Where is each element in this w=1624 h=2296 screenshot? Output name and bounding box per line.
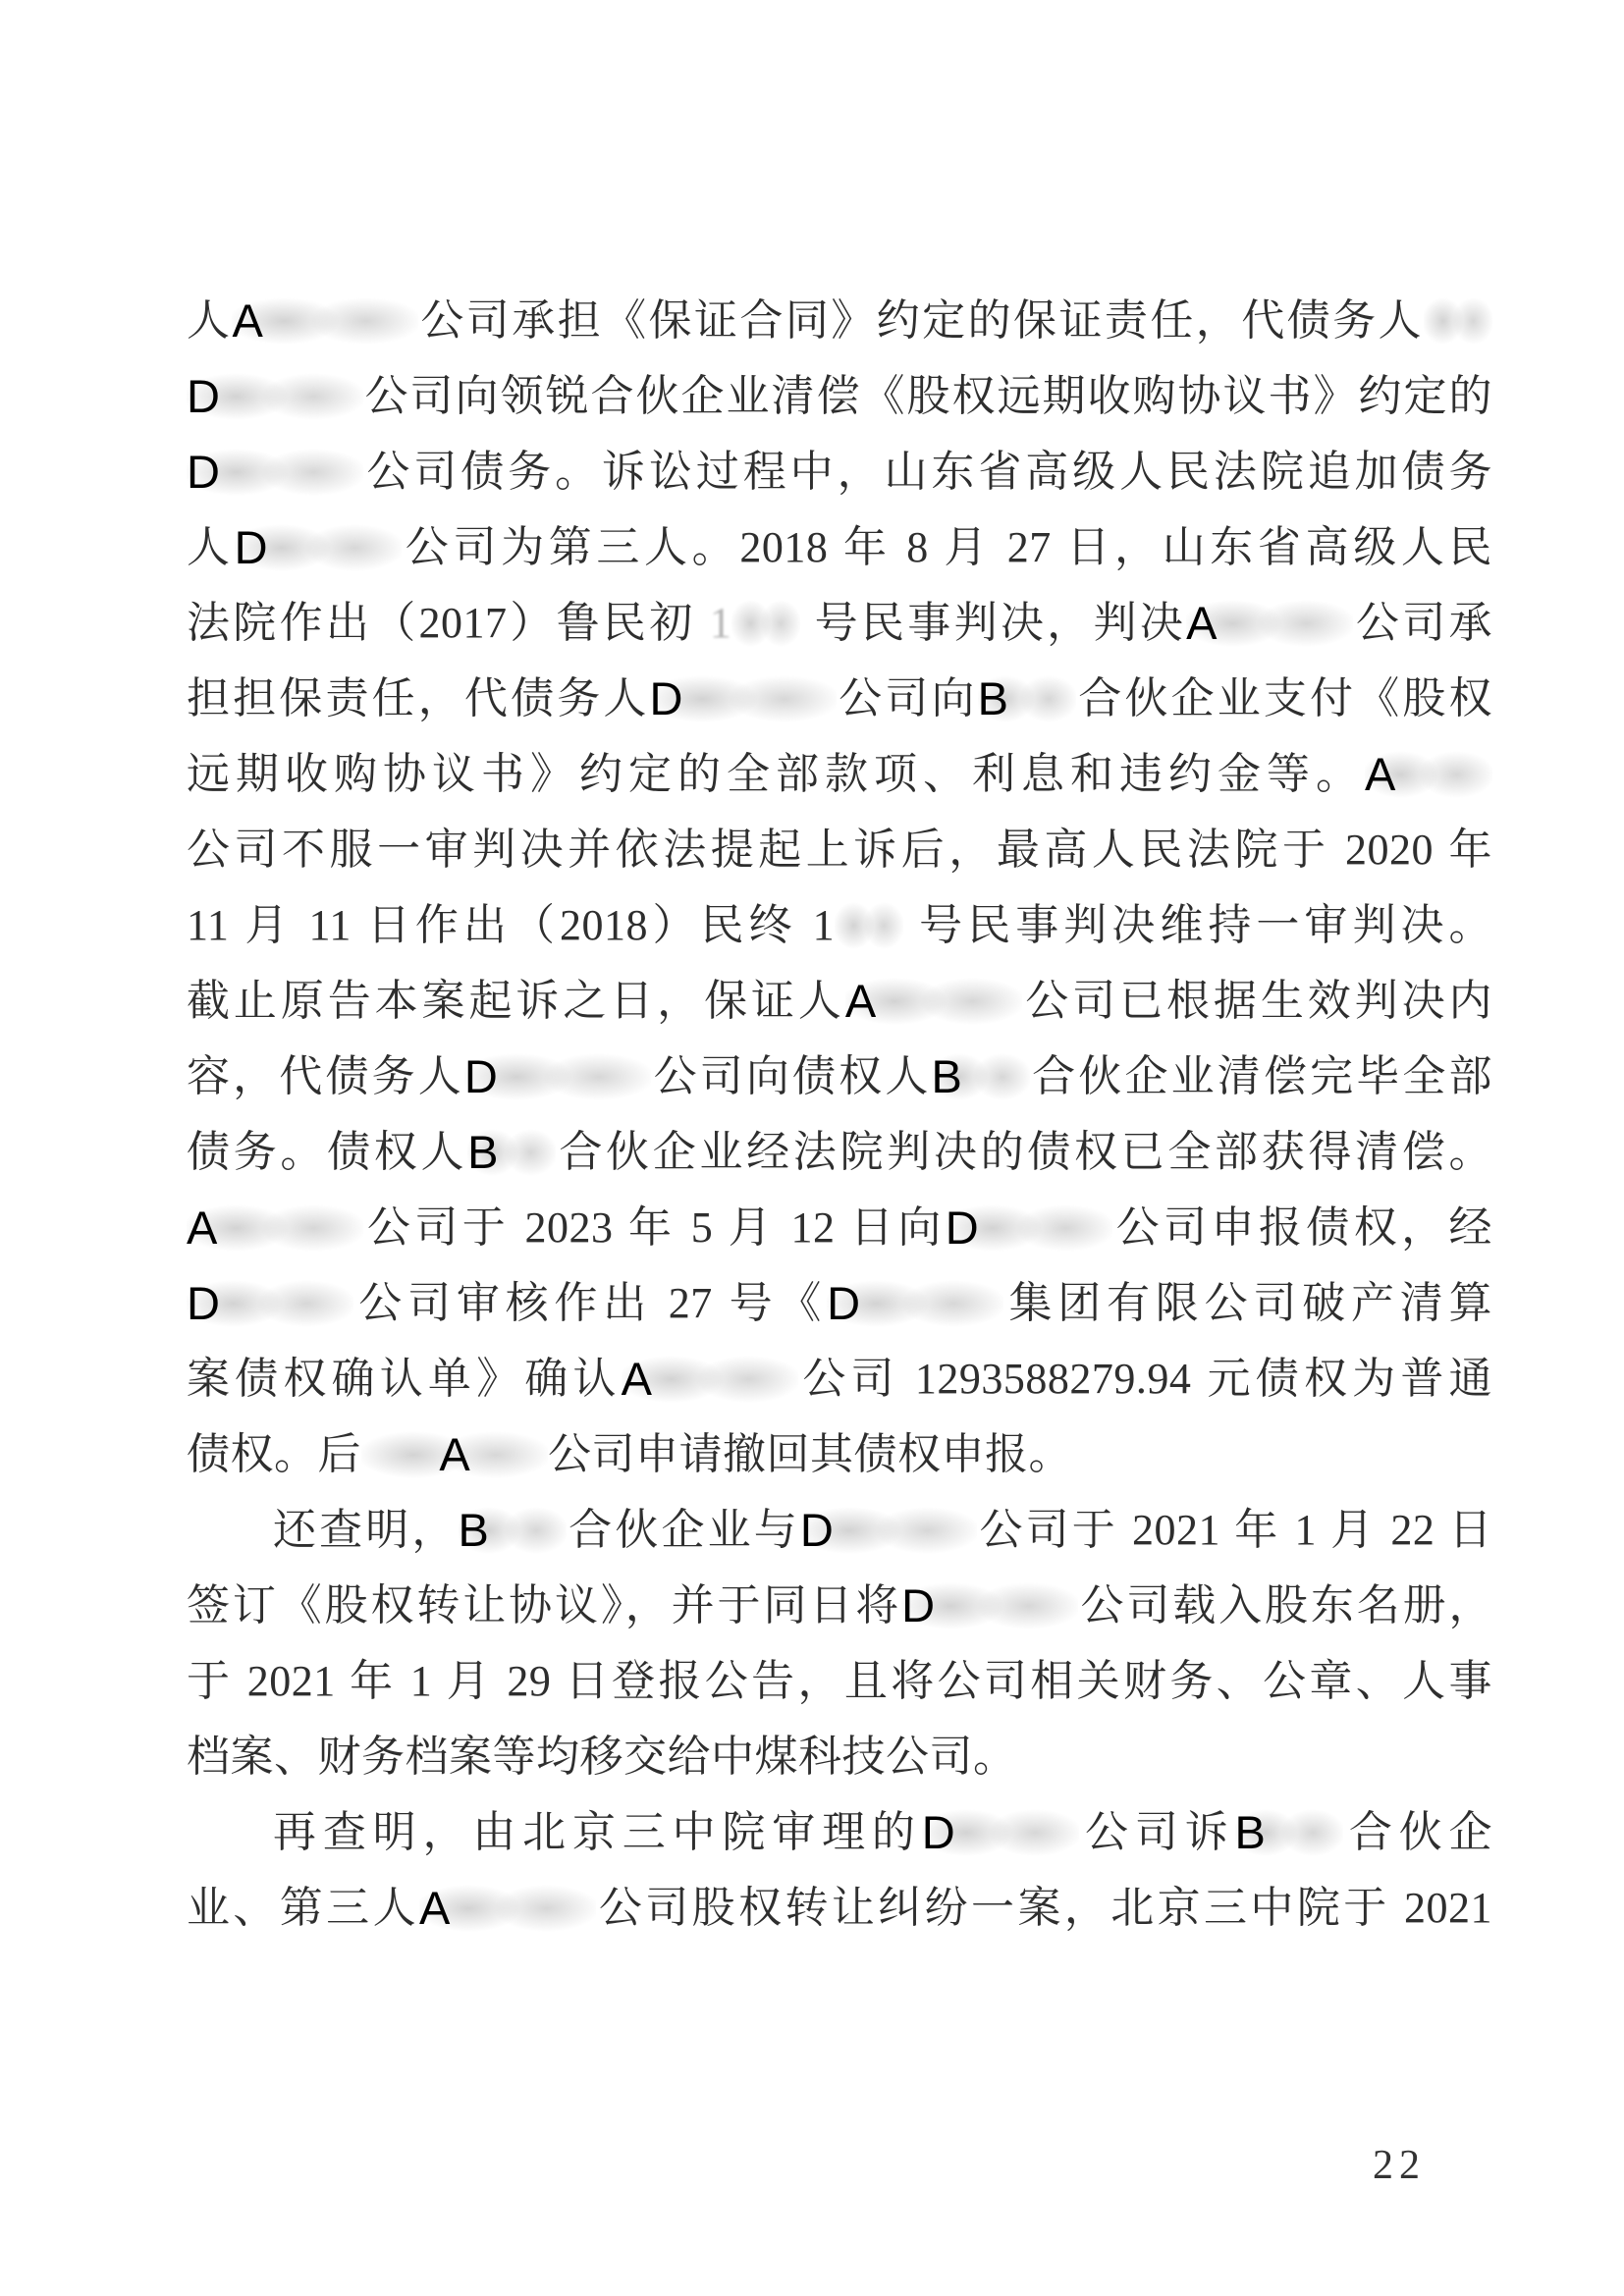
- text-line: 远期收购协议书》约定的全部款项、利息和违约金等。A: [187, 736, 1492, 812]
- text-run: 公司于 2021 年 1 月 22 日: [977, 1506, 1492, 1554]
- text-line: 担担保责任，代债务人D公司向B合伙企业支付《股权: [187, 661, 1492, 736]
- redaction-B: B: [1235, 1801, 1343, 1864]
- redaction-D: D: [922, 1801, 1079, 1864]
- redaction-letter: B: [978, 667, 1076, 730]
- redaction-B: B: [932, 1045, 1030, 1108]
- redaction-A: A: [1365, 743, 1492, 806]
- text-run: 公司债务。诉讼过程中，山东省高级人民法院追加债务: [363, 448, 1492, 496]
- redaction-letter: B: [467, 1121, 556, 1184]
- redaction-blur: [835, 894, 903, 957]
- text-line: 档案、财务档案等均移交给中煤科技公司。: [187, 1719, 1492, 1794]
- text-line: 再查明，由北京三中院审理的D公司诉B合伙企: [187, 1794, 1492, 1870]
- redaction-D: D: [901, 1575, 1078, 1637]
- text-run: 公司股权转让纠纷一案，北京三中院于 2021: [596, 1884, 1492, 1932]
- document-body: 人A公司承担《保证合同》约定的保证责任，代债务人D公司向领锐合伙企业清偿《股权远…: [187, 283, 1492, 1946]
- text-run: 合伙企: [1343, 1808, 1492, 1856]
- text-run: 签订《股权转让协议》，并于同日将: [187, 1581, 901, 1629]
- text-run: 于 2021 年 1 月 29 日登报公告，且将公司相关财务、公章、人事: [187, 1657, 1492, 1705]
- redaction-letter: B: [1235, 1801, 1343, 1864]
- text-run: 合伙企业经法院判决的债权已全部获得清偿。: [556, 1128, 1492, 1176]
- redaction-letter: [731, 592, 800, 655]
- redaction-D: D: [187, 1272, 353, 1335]
- text-line: 于 2021 年 1 月 29 日登报公告，且将公司相关财务、公章、人事: [187, 1643, 1492, 1719]
- text-run: 公司载入股东名册，: [1078, 1581, 1492, 1629]
- text-run: 公司承: [1353, 599, 1492, 647]
- text-line: 债权。后A公司申请撤回其债权申报。: [187, 1416, 1492, 1492]
- text-run: 档案、财务档案等均移交给中煤科技公司。: [187, 1733, 1017, 1781]
- text-run: 担担保责任，代债务人: [187, 674, 650, 722]
- text-line: 人D公司为第三人。2018 年 8 月 27 日，山东省高级人民: [187, 509, 1492, 585]
- redaction-letter: D: [946, 1197, 1112, 1259]
- redaction-letter: D: [187, 1272, 353, 1335]
- text-line: D公司向领锐合伙企业清偿《股权远期收购协议书》约定的: [187, 358, 1492, 434]
- redaction-letter: A: [361, 1423, 548, 1486]
- redaction-letter: D: [800, 1499, 977, 1562]
- redaction-D: D: [187, 365, 363, 428]
- redaction-letter: D: [827, 1272, 1003, 1335]
- text-line: 法院作出（2017）鲁民初 1 号民事判决，判决A公司承: [187, 585, 1492, 661]
- redaction-letter: D: [187, 365, 363, 428]
- text-run: 公司不服一审判决并依法提起上诉后，最高人民法院于 2020 年: [187, 826, 1492, 874]
- text-line: 还查明，B合伙企业与D公司于 2021 年 1 月 22 日: [187, 1492, 1492, 1568]
- text-run: 集团有限公司破产清算: [1003, 1279, 1492, 1327]
- page-number: 22: [1373, 2142, 1426, 2189]
- text-run: 号民事判决维持一审判决。: [903, 901, 1492, 949]
- redaction-letter: A: [1186, 592, 1353, 655]
- redaction-letter: A: [1365, 743, 1492, 806]
- text-run: 人: [187, 523, 235, 571]
- text-run: 案债权确认单》确认: [187, 1355, 622, 1403]
- redaction-D: D: [800, 1499, 977, 1562]
- text-run: 再查明，由北京三中院审理的: [273, 1808, 922, 1856]
- text-run: 公司为第三人。2018 年 8 月 27 日，山东省高级人民: [402, 523, 1492, 571]
- redaction-letter: D: [650, 667, 837, 730]
- redaction-letter: A: [419, 1877, 596, 1940]
- redaction-letter: [835, 894, 903, 957]
- text-run: 法院作出（2017）鲁民初: [187, 599, 710, 647]
- redaction-letter: [1424, 290, 1492, 352]
- redaction-letter: B: [932, 1045, 1030, 1108]
- redaction-A: A: [361, 1423, 548, 1486]
- text-run: 公司已根据生效判决内: [1022, 977, 1492, 1025]
- redaction-letter: A: [622, 1348, 798, 1411]
- text-run: 远期收购协议书》约定的全部款项、利息和违约金等。: [187, 750, 1365, 798]
- text-run: 公司向领锐合伙企业清偿《股权远期收购协议书》约定的: [363, 372, 1492, 420]
- redaction-D: D: [464, 1045, 651, 1108]
- redaction-B: B: [459, 1499, 567, 1562]
- text-run: 公司审核作出 27 号《: [353, 1279, 827, 1327]
- redaction-B: B: [978, 667, 1076, 730]
- text-line: 容，代债务人D公司向债权人B合伙企业清偿完毕全部: [187, 1039, 1492, 1114]
- text-run: 公司向债权人: [651, 1052, 932, 1100]
- text-line: D公司债务。诉讼过程中，山东省高级人民法院追加债务: [187, 434, 1492, 509]
- text-line: 人A公司承担《保证合同》约定的保证责任，代债务人: [187, 283, 1492, 358]
- redaction-blur: [1424, 290, 1492, 352]
- text-run: 债务。债权人: [187, 1128, 467, 1176]
- text-run: 公司申请撤回其债权申报。: [548, 1430, 1072, 1478]
- text-run: 公司向: [837, 674, 978, 722]
- text-line: 签订《股权转让协议》，并于同日将D公司载入股东名册，: [187, 1568, 1492, 1643]
- text-run: 债权。后: [187, 1430, 361, 1478]
- redaction-letter: D: [235, 516, 402, 579]
- text-run: 11 月 11 日作出（2018）民终 1: [187, 901, 835, 949]
- text-line: D公司审核作出 27 号《D集团有限公司破产清算: [187, 1265, 1492, 1341]
- text-run: 公司于 2023 年 5 月 12 日向: [363, 1203, 946, 1252]
- text-run: 容，代债务人: [187, 1052, 464, 1100]
- redaction-D: D: [235, 516, 402, 579]
- redaction-B: B: [467, 1121, 556, 1184]
- text-line: 截止原告本案起诉之日，保证人A公司已根据生效判决内: [187, 963, 1492, 1039]
- text-line: 业、第三人A公司股权转让纠纷一案，北京三中院于 2021: [187, 1870, 1492, 1946]
- text-line: 债务。债权人B合伙企业经法院判决的债权已全部获得清偿。: [187, 1114, 1492, 1190]
- redaction-D: D: [650, 667, 837, 730]
- redaction-D: D: [187, 441, 363, 504]
- text-run: 合伙企业清偿完毕全部: [1030, 1052, 1493, 1100]
- document-page: 人A公司承担《保证合同》约定的保证责任，代债务人D公司向领锐合伙企业清偿《股权远…: [0, 0, 1624, 2296]
- redaction-D: D: [827, 1272, 1003, 1335]
- redaction-letter: D: [464, 1045, 651, 1108]
- redaction-letter: A: [232, 290, 418, 352]
- redaction-A: A: [622, 1348, 798, 1411]
- text-line: 公司不服一审判决并依法提起上诉后，最高人民法院于 2020 年: [187, 812, 1492, 887]
- text-run: 人: [187, 296, 232, 345]
- redaction-A: A: [1186, 592, 1353, 655]
- redaction-letter: D: [922, 1801, 1079, 1864]
- text-run: 还查明，: [273, 1506, 459, 1554]
- text-line: A公司于 2023 年 5 月 12 日向D公司申报债权，经: [187, 1190, 1492, 1265]
- redaction-A: A: [419, 1877, 596, 1940]
- text-run: 截止原告本案起诉之日，保证人: [187, 977, 845, 1025]
- text-run: 公司承担《保证合同》约定的保证责任，代债务人: [418, 296, 1424, 345]
- text-run: 合伙企业支付《股权: [1076, 674, 1492, 722]
- redaction-A: A: [187, 1197, 363, 1259]
- redaction-letter: D: [901, 1575, 1078, 1637]
- text-line: 案债权确认单》确认A公司 1293588279.94 元债权为普通: [187, 1341, 1492, 1416]
- redaction-A: A: [845, 970, 1022, 1033]
- faint-text-run: 1: [710, 599, 732, 647]
- redaction-letter: A: [845, 970, 1022, 1033]
- text-line: 11 月 11 日作出（2018）民终 1 号民事判决维持一审判决。: [187, 887, 1492, 963]
- text-run: 业、第三人: [187, 1884, 419, 1932]
- redaction-letter: B: [459, 1499, 567, 1562]
- redaction-letter: A: [187, 1197, 363, 1259]
- redaction-A: A: [232, 290, 418, 352]
- redaction-blur: [731, 592, 800, 655]
- redaction-letter: D: [187, 441, 363, 504]
- text-run: 公司申报债权，经: [1112, 1203, 1492, 1252]
- text-run: 号民事判决，判决: [800, 599, 1186, 647]
- text-run: 公司诉: [1079, 1808, 1235, 1856]
- text-run: 公司 1293588279.94 元债权为普通: [798, 1355, 1492, 1403]
- redaction-D: D: [946, 1197, 1112, 1259]
- text-run: 合伙企业与: [567, 1506, 800, 1554]
